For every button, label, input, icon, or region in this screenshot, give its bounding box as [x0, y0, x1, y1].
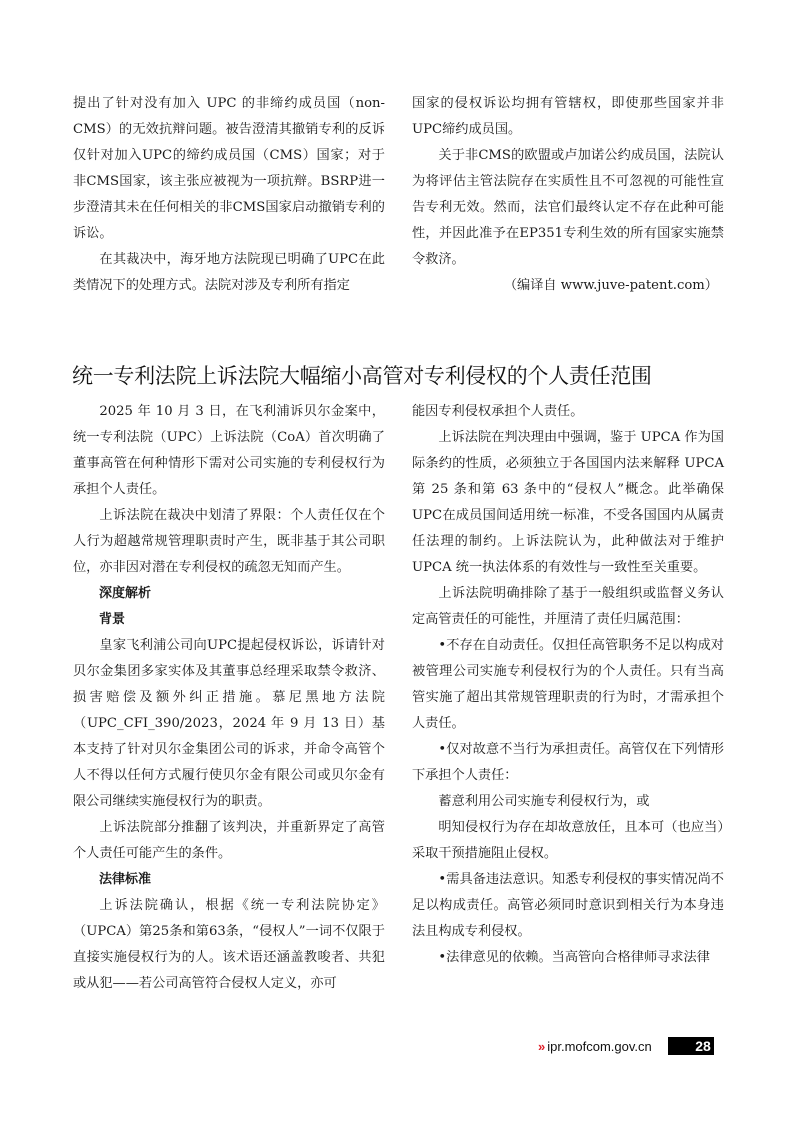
- paragraph: 上诉法院在裁决中划清了界限：个人责任仅在个人行为超越常规管理职责时产生，既非基于…: [73, 503, 385, 581]
- paragraph: 蓄意利用公司实施专利侵权行为，或: [412, 789, 724, 815]
- prev-article-right-column: 国家的侵权诉讼均拥有管辖权，即使那些国家并非UPC缔约成员国。 关于非CMS的欧…: [412, 91, 724, 299]
- paragraph: 上诉法院确认，根据《统一专利法院协定》（UPCA）第25条和第63条，“侵权人”…: [73, 893, 385, 997]
- section-heading: 法律标准: [73, 867, 385, 893]
- paragraph: 能因专利侵权承担个人责任。: [412, 399, 724, 425]
- paragraph: 关于非CMS的欧盟或卢加诺公约成员国，法院认为将评估主管法院存在实质性且不可忽视…: [412, 143, 724, 273]
- page-footer: » ipr.mofcom.gov.cn 28: [538, 1037, 714, 1055]
- page-number: 28: [668, 1037, 714, 1055]
- paragraph: 上诉法院部分推翻了该判决，并重新界定了高管个人责任可能产生的条件。: [73, 815, 385, 867]
- article-right-column: 能因专利侵权承担个人责任。 上诉法院在判决理由中强调，鉴于 UPCA 作为国际条…: [412, 399, 724, 971]
- article-left-column: 2025 年 10 月 3 日，在飞利浦诉贝尔金案中，统一专利法院（UPC）上诉…: [73, 399, 385, 997]
- paragraph: 2025 年 10 月 3 日，在飞利浦诉贝尔金案中，统一专利法院（UPC）上诉…: [73, 399, 385, 503]
- prev-article-left-column: 提出了针对没有加入 UPC 的非缔约成员国（non-CMS）的无效抗辩问题。被告…: [73, 91, 385, 299]
- paragraph: 上诉法院在判决理由中强调，鉴于 UPCA 作为国际条约的性质，必须独立于各国国内…: [412, 425, 724, 581]
- paragraph: 明知侵权行为存在却故意放任，且本可（也应当）采取干预措施阻止侵权。: [412, 815, 724, 867]
- section-heading: 深度解析: [73, 581, 385, 607]
- bullet-item: •需具备违法意识。知悉专利侵权的事实情况尚不足以构成责任。高管必须同时意识到相关…: [412, 867, 724, 945]
- bullet-item: •法律意见的依赖。当高管向合格律师寻求法律: [412, 945, 724, 971]
- article-title: 统一专利法院上诉法院大幅缩小高管对专利侵权的个人责任范围: [72, 360, 652, 390]
- bullet-item: •仅对故意不当行为承担责任。高管仅在下列情形下承担个人责任：: [412, 737, 724, 789]
- paragraph: 提出了针对没有加入 UPC 的非缔约成员国（non-CMS）的无效抗辩问题。被告…: [73, 91, 385, 247]
- bullet-item: •不存在自动责任。仅担任高管职务不足以构成对被管理公司实施专利侵权行为的个人责任…: [412, 633, 724, 737]
- chevron-right-icon: »: [538, 1039, 543, 1054]
- paragraph: 上诉法院明确排除了基于一般组织或监督义务认定高管责任的可能性，并厘清了责任归属范…: [412, 581, 724, 633]
- section-heading: 背景: [73, 607, 385, 633]
- source-credit: （编译自 www.juve-patent.com）: [412, 273, 724, 299]
- paragraph: 在其裁决中，海牙地方法院现已明确了UPC在此类情况下的处理方式。法院对涉及专利所…: [73, 247, 385, 299]
- site-url[interactable]: ipr.mofcom.gov.cn: [547, 1039, 652, 1054]
- paragraph: 国家的侵权诉讼均拥有管辖权，即使那些国家并非UPC缔约成员国。: [412, 91, 724, 143]
- paragraph: 皇家飞利浦公司向UPC提起侵权诉讼，诉请针对贝尔金集团多家实体及其董事总经理采取…: [73, 633, 385, 815]
